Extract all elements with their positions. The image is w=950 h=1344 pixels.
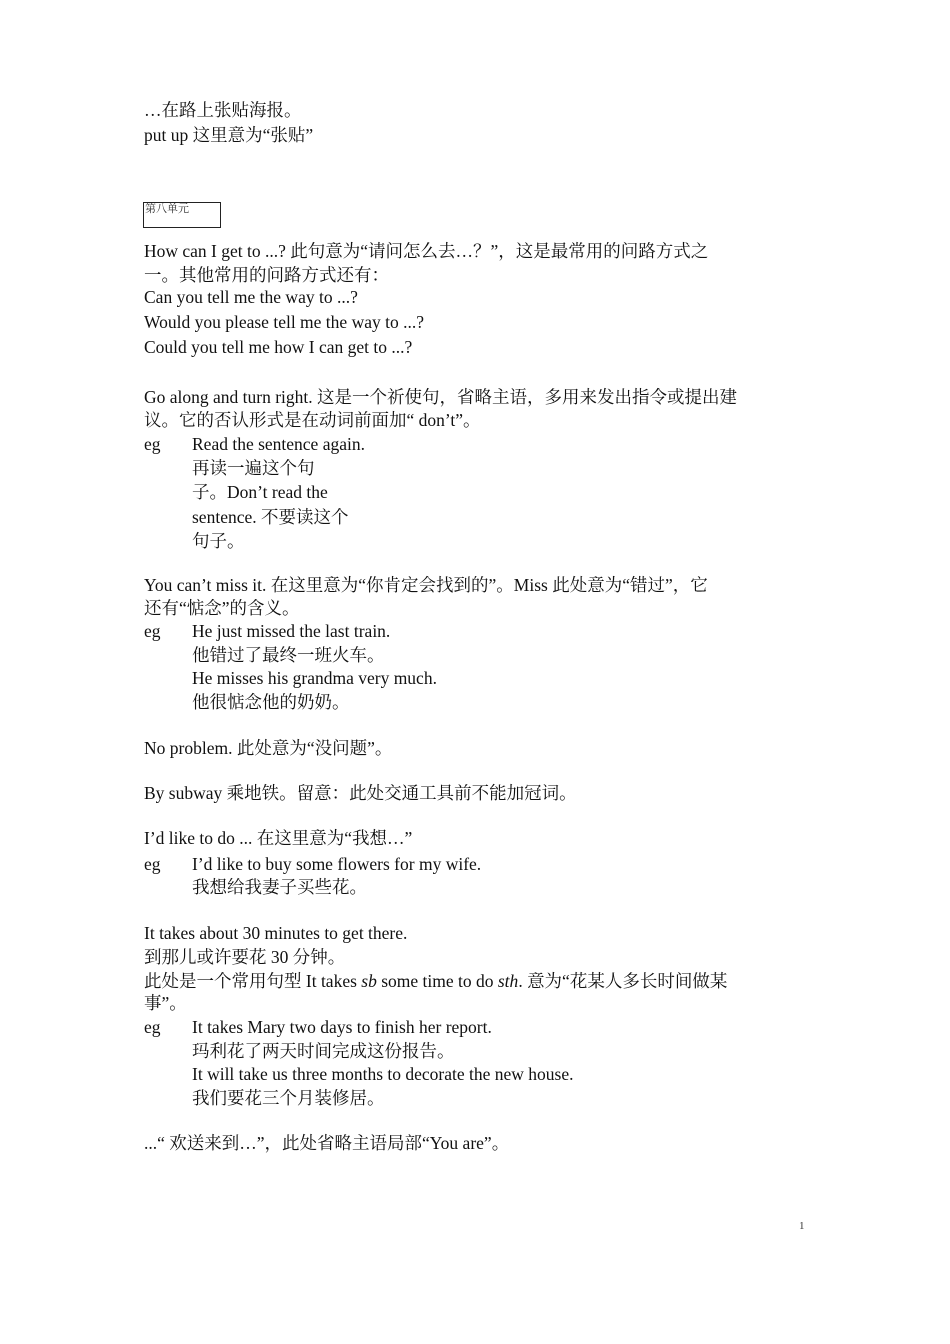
- example-line: 玛利花了两天时间完成这份报告。: [192, 1039, 455, 1063]
- text-line: No problem. 此处意为“没问题”。: [144, 736, 392, 760]
- example-line: 他错过了最终一班火车。: [192, 643, 385, 667]
- example-line: It takes Mary two days to finish her rep…: [192, 1015, 492, 1039]
- text-line: By subway 乘地铁。留意：此处交通工具前不能加冠词。: [144, 781, 577, 805]
- eg-label: eg: [144, 1015, 161, 1039]
- text-line: Go along and turn right. 这是一个祈使句，省略主语，多用…: [144, 385, 737, 409]
- text-segment: . 意为“花某人多长时间做某: [518, 971, 727, 991]
- example-line: I’d like to buy some flowers for my wife…: [192, 852, 481, 876]
- example-line: sentence. 不要读这个: [192, 505, 349, 529]
- eg-label: eg: [144, 852, 161, 876]
- text-line: 此处是一个常用句型 It takes sb some time to do st…: [144, 969, 727, 993]
- example-line: 子。Don’t read the: [192, 480, 328, 504]
- example-line: 我想给我妻子买些花。: [192, 875, 367, 899]
- text-line: Could you tell me how I can get to ...?: [144, 335, 412, 359]
- text-line: Can you tell me the way to ...?: [144, 285, 358, 309]
- unit-label-box: 第八单元: [143, 202, 221, 228]
- text-line: put up 这里意为“张贴”: [144, 123, 313, 147]
- text-line: 还有“惦念”的含义。: [144, 596, 300, 620]
- text-line: ...“ 欢送来到…”，此处省略主语局部“You are”。: [144, 1131, 509, 1155]
- text-line: 议。它的否认形式是在动词前面加“ don’t”。: [144, 408, 481, 432]
- text-line: 到那儿或许要花 30 分钟。: [144, 945, 345, 969]
- example-line: He just missed the last train.: [192, 619, 390, 643]
- page-number: 1: [799, 1220, 805, 1232]
- text-line: You can’t miss it. 在这里意为“你肯定会找到的”。Miss 此…: [144, 573, 708, 597]
- text-segment: 此处是一个常用句型 It takes: [144, 971, 361, 991]
- italic-sb: sb: [361, 971, 377, 991]
- text-line: …在路上张贴海报。: [144, 98, 302, 122]
- text-line: I’d like to do ... 在这里意为“我想…”: [144, 826, 412, 850]
- italic-sth: sth: [498, 971, 518, 991]
- example-line: 他很惦念他的奶奶。: [192, 690, 350, 714]
- example-line: 句子。: [192, 529, 245, 553]
- text-line: How can I get to ...? 此句意为“请问怎么去…？”，这是最常…: [144, 239, 708, 263]
- text-line: 事”。: [144, 991, 187, 1015]
- document-page: …在路上张贴海报。 put up 这里意为“张贴” 第八单元 How can I…: [0, 0, 950, 1344]
- eg-label: eg: [144, 619, 161, 643]
- example-line: He misses his grandma very much.: [192, 666, 437, 690]
- text-line: 一。其他常用的问路方式还有：: [144, 263, 389, 287]
- example-line: 再读一遍这个句: [192, 456, 315, 480]
- text-segment: some time to do: [377, 971, 498, 991]
- example-line: Read the sentence again.: [192, 432, 365, 456]
- text-line: It takes about 30 minutes to get there.: [144, 921, 407, 945]
- example-line: It will take us three months to decorate…: [192, 1062, 574, 1086]
- text-line: Would you please tell me the way to ...?: [144, 310, 424, 334]
- example-line: 我们要花三个月装修居。: [192, 1086, 385, 1110]
- eg-label: eg: [144, 432, 161, 456]
